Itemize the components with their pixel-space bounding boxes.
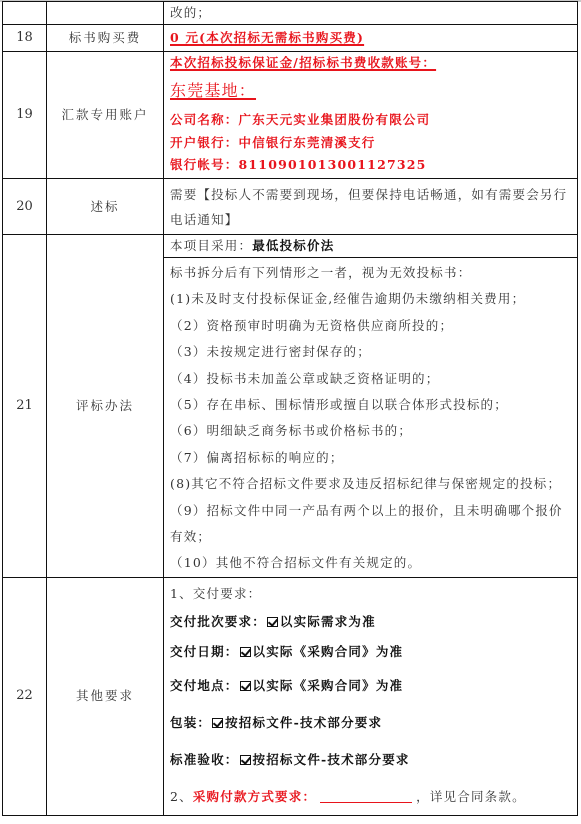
line-label: 标准验收： [170, 752, 239, 767]
condition-item: （9）招标文件中同一产品有两个以上的报价，且未明确哪个报价有效； [170, 498, 571, 551]
condition-item: （7）偏离招标标的响应的； [170, 445, 571, 471]
row-label: 述标 [47, 179, 164, 235]
row-number: 18 [3, 25, 47, 52]
checkbox-checked-icon[interactable] [240, 755, 251, 765]
payment-suffix: ，详见合同条款。 [416, 789, 526, 804]
method-prefix: 本项目采用： [170, 238, 252, 253]
line-value: 以实际《采购合同》为准 [253, 644, 404, 659]
payment-method-blank[interactable] [320, 788, 412, 803]
checkbox-checked-icon[interactable] [267, 617, 278, 627]
checkbox-checked-icon[interactable] [240, 681, 251, 691]
row-content: 需要【投标人不需要到现场，但要保持电话畅通，如有需要会另行电话通知】 [164, 179, 578, 235]
base-name: 东莞基地： [170, 74, 571, 108]
condition-item: （2）资格预审时明确为无资格供应商所投的； [170, 313, 571, 339]
bid-requirements-table: 改的； 18 标书购买费 0 元(本次招标无需标书购买费) 19 汇款专用账户 … [2, 1, 578, 816]
condition-item: (8)其它不符合招标文件要求及违反招标纪律与保密规定的投标； [170, 471, 571, 497]
bid-fee-text: 0 元(本次招标无需标书购买费) [170, 30, 364, 45]
table-row-22: 22 其他要求 1、交付要求： 交付批次要求：以实际需求为准 交付日期：以实际《… [3, 577, 578, 815]
row-label: 标书购买费 [47, 25, 164, 52]
payment-prefix: 2、 [170, 789, 193, 804]
delivery-title: 1、交付要求： [170, 581, 571, 607]
condition-item: （10）其他不符合招标文件有关规定的。 [170, 550, 571, 576]
row-content: 1、交付要求： 交付批次要求：以实际需求为准 交付日期：以实际《采购合同》为准 … [164, 577, 578, 815]
row-content: 0 元(本次招标无需标书购买费) [164, 25, 578, 52]
table-row-19: 19 汇款专用账户 本次招标投标保证金/招标标书费收款账号： 东莞基地： 公司名… [3, 52, 578, 179]
delivery-location-line: 交付地点：以实际《采购合同》为准 [170, 667, 571, 704]
line-label: 交付日期： [170, 644, 239, 659]
delivery-date-line: 交付日期：以实际《采购合同》为准 [170, 637, 571, 667]
condition-item: (1)未及时支付投标保证金,经催告逾期仍未缴纳相关费用； [170, 286, 571, 312]
row-number: 21 [3, 235, 47, 578]
line-label: 包装： [170, 715, 211, 730]
checkbox-checked-icon[interactable] [212, 718, 223, 728]
row-number-cell [3, 2, 47, 25]
row-content: 改的； [164, 2, 578, 25]
line-label: 交付批次要求： [170, 614, 266, 629]
line-label: 交付地点： [170, 678, 239, 693]
acceptance-standard-line: 标准验收：按招标文件-技术部分要求 [170, 741, 571, 778]
evaluation-method: 本项目采用：最低投标价法 [164, 235, 578, 258]
payment-line: 2、采购付款方式要求：，详见合同条款。 [170, 778, 571, 815]
condition-item: （3）未按规定进行密封保存的； [170, 339, 571, 365]
checkbox-checked-icon[interactable] [240, 647, 251, 657]
row-label: 评标办法 [47, 235, 164, 578]
row-number: 22 [3, 577, 47, 815]
row-label: 汇款专用账户 [47, 52, 164, 179]
line-value: 以实际《采购合同》为准 [253, 678, 404, 693]
condition-item: （5）存在串标、围标情形或擅自以联合体形式投标的； [170, 392, 571, 418]
row-number: 20 [3, 179, 47, 235]
line-value: 按招标文件-技术部分要求 [225, 715, 382, 730]
invalid-bid-conditions: 标书拆分后有下列情形之一者，视为无效投标书： (1)未及时支付投标保证金,经催告… [164, 258, 578, 578]
bank-account: 银行帐号：8110901013001127325 [170, 154, 571, 176]
line-value: 按招标文件-技术部分要求 [253, 752, 410, 767]
row-label-cell [47, 2, 164, 25]
table-row-18: 18 标书购买费 0 元(本次招标无需标书购买费) [3, 25, 578, 52]
account-heading: 本次招标投标保证金/招标标书费收款账号： [170, 52, 571, 74]
row-label: 其他要求 [47, 577, 164, 815]
table-row-17-continuation: 改的； [3, 2, 578, 25]
bank-name: 开户银行：中信银行东莞清溪支行 [170, 132, 571, 154]
line-value: 以实际需求为准 [280, 614, 376, 629]
table-row-20: 20 述标 需要【投标人不需要到现场，但要保持电话畅通，如有需要会另行电话通知】 [3, 179, 578, 235]
condition-item: （4）投标书未加盖公章或缺乏资格证明的； [170, 366, 571, 392]
table-row-21-method: 21 评标办法 本项目采用：最低投标价法 [3, 235, 578, 258]
delivery-batch-line: 交付批次要求：以实际需求为准 [170, 607, 571, 637]
company-name: 公司名称：广东天元实业集团股份有限公司 [170, 108, 571, 132]
row-content: 本次招标投标保证金/招标标书费收款账号： 东莞基地： 公司名称：广东天元实业集团… [164, 52, 578, 179]
conditions-intro: 标书拆分后有下列情形之一者，视为无效投标书： [170, 260, 571, 286]
condition-item: （6）明细缺乏商务标书或价格标书的； [170, 418, 571, 444]
payment-label: 采购付款方式要求： [193, 789, 316, 804]
packaging-line: 包装：按招标文件-技术部分要求 [170, 704, 571, 741]
method-name: 最低投标价法 [252, 238, 334, 253]
row-number: 19 [3, 52, 47, 179]
